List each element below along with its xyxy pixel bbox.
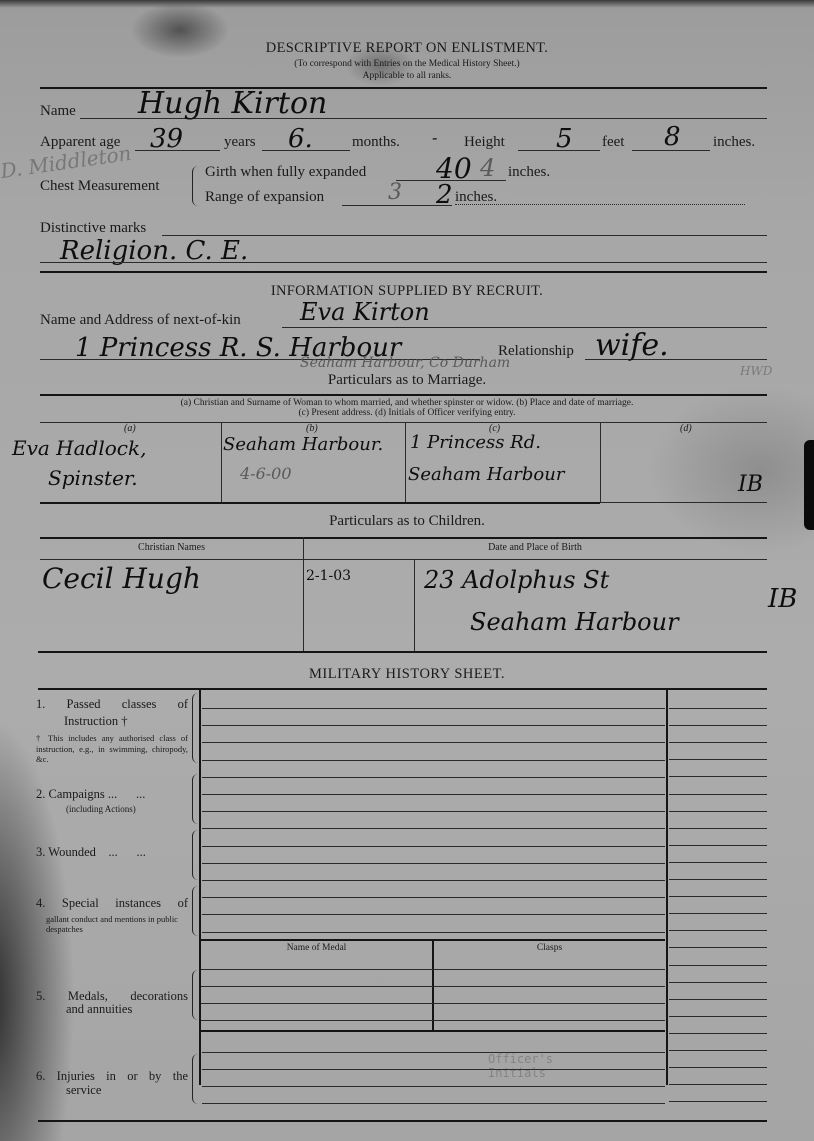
child-birth-place-1: 23 Adolphus St xyxy=(424,566,609,594)
medal-row-line xyxy=(201,986,665,987)
children-col-birth: Date and Place of Birth xyxy=(303,542,767,553)
girth-label: Girth when fully expanded xyxy=(205,164,366,181)
child-birth-date: 2-1-03 xyxy=(306,568,351,584)
ruled-line xyxy=(669,776,767,777)
dash-mark: - xyxy=(432,128,437,147)
medal-row-line xyxy=(201,1020,665,1021)
marriage-col-b: (b) xyxy=(306,423,318,434)
marriage-table-bottom xyxy=(600,502,767,503)
ruled-line xyxy=(202,932,665,933)
scan-shadow xyxy=(0,0,814,8)
brace xyxy=(192,886,198,936)
marriage-col-divider xyxy=(221,422,222,502)
mh-section-4-label: 4. Special instances of xyxy=(36,896,188,911)
ruled-line xyxy=(669,1016,767,1017)
marriage-col-divider xyxy=(600,422,601,502)
ruled-line xyxy=(669,947,767,948)
ruled-line xyxy=(669,1033,767,1034)
height-feet-value: 5 xyxy=(556,124,573,154)
officer-initials: IB xyxy=(738,472,763,497)
children-table-top xyxy=(40,537,767,539)
medal-row-line xyxy=(201,969,665,970)
ruled-line xyxy=(202,777,665,778)
marriage-wife-name: Eva Hadlock, xyxy=(12,436,146,460)
ruled-line xyxy=(669,845,767,846)
ruled-line xyxy=(669,999,767,1000)
medal-row-line xyxy=(201,1003,665,1004)
ruled-line xyxy=(669,794,767,795)
ruled-line xyxy=(669,811,767,812)
marriage-date: 4-6-00 xyxy=(240,464,292,483)
divider xyxy=(40,394,767,396)
faint-stamp: Officer's Initials xyxy=(488,1052,568,1080)
ruled-line xyxy=(202,863,665,864)
divider xyxy=(38,688,767,690)
mh-section-4-note: gallant conduct and mentions in public d… xyxy=(46,914,188,934)
ruled-line xyxy=(202,846,665,847)
children-col-divider xyxy=(414,559,415,651)
distinctive-line-1 xyxy=(162,235,767,236)
height-inches-value: 8 xyxy=(664,122,681,152)
ruled-line xyxy=(202,1086,665,1087)
ruled-line xyxy=(202,914,665,915)
mh-section-1-note: † This includes any authorised class of … xyxy=(36,733,188,765)
ruled-line xyxy=(669,708,767,709)
brace xyxy=(192,830,198,880)
children-table-bottom xyxy=(38,651,767,653)
ruled-line xyxy=(669,913,767,914)
brace xyxy=(192,1054,198,1104)
mh-right-border xyxy=(666,690,668,1085)
age-years-value: 39 xyxy=(150,124,183,154)
next-of-kin-name: Eva Kirton xyxy=(300,298,430,326)
height-label: Height xyxy=(464,134,505,151)
mh-section-5-label2: and annuities xyxy=(66,1002,132,1017)
ruled-line xyxy=(669,1084,767,1085)
ruled-line xyxy=(669,930,767,931)
distinctive-line-2 xyxy=(40,262,767,263)
marriage-table-top xyxy=(40,422,767,423)
children-header-line xyxy=(40,559,767,560)
ruled-line xyxy=(669,725,767,726)
ruled-line xyxy=(202,1069,665,1070)
marriage-note-2: (c) Present address. (d) Initials of Off… xyxy=(0,408,814,418)
inches-label: inches. xyxy=(713,134,755,151)
present-address-line2: Seaham Harbour xyxy=(408,464,564,485)
marriage-wife-status: Spinster. xyxy=(48,466,138,490)
girth-overwrite: 4 xyxy=(480,154,495,182)
ruled-line xyxy=(669,896,767,897)
mh-section-6-label: 6. Injuries in or by the xyxy=(36,1069,188,1084)
form-title: DESCRIPTIVE REPORT ON ENLISTMENT. xyxy=(0,40,814,57)
marriage-table-bottom xyxy=(40,502,600,504)
brace xyxy=(192,693,198,763)
ruled-line xyxy=(202,1103,665,1104)
ruled-line xyxy=(669,982,767,983)
name-value: Hugh Kirton xyxy=(138,86,327,121)
ruled-line xyxy=(202,725,665,726)
mh-section-2-label: 2. Campaigns ... ... xyxy=(36,787,188,802)
mh-section-1-label: 1. Passed classes of xyxy=(36,697,188,712)
next-of-kin-line xyxy=(282,327,767,328)
medal-table-bottom xyxy=(201,1030,665,1032)
marriage-note-1: (a) Christian and Surname of Woman to wh… xyxy=(0,398,814,408)
child-birth-place-2: Seaham Harbour xyxy=(470,608,679,636)
brace xyxy=(192,970,198,1020)
child-name: Cecil Hugh xyxy=(42,562,201,595)
marriage-place: Seaham Harbour. xyxy=(223,434,383,455)
divider xyxy=(40,271,767,273)
mh-section-2-note: (including Actions) xyxy=(66,804,136,814)
ruled-line xyxy=(669,759,767,760)
ruled-line xyxy=(202,708,665,709)
mh-section-6-label2: service xyxy=(66,1083,101,1098)
ruled-line xyxy=(202,897,665,898)
ruled-line xyxy=(202,828,665,829)
girth-inches-label: inches. xyxy=(508,164,550,181)
age-months-value: 6. xyxy=(288,124,313,154)
range-label: Range of expansion xyxy=(205,189,324,206)
ruled-line xyxy=(202,880,665,881)
ruled-line xyxy=(202,742,665,743)
medal-col-clasps: Clasps xyxy=(434,943,665,953)
ruled-line xyxy=(202,1052,665,1053)
ruled-line xyxy=(669,862,767,863)
ruled-line xyxy=(202,794,665,795)
children-col-names: Christian Names xyxy=(40,542,303,553)
address-annotation: Seaham Harbour, Co Durham xyxy=(300,355,510,371)
children-title: Particulars as to Children. xyxy=(0,513,814,530)
military-history-title: MILITARY HISTORY SHEET. xyxy=(0,666,814,683)
marriage-col-a: (a) xyxy=(124,423,136,434)
brace xyxy=(192,774,198,824)
medal-col-name: Name of Medal xyxy=(201,943,432,953)
range-value: 2 xyxy=(436,180,453,210)
name-label: Name xyxy=(40,103,76,120)
relationship-value: wife. xyxy=(595,328,669,363)
ruled-line xyxy=(202,760,665,761)
chest-brace xyxy=(192,166,198,206)
ruled-line xyxy=(669,1067,767,1068)
document-page: DESCRIPTIVE REPORT ON ENLISTMENT. (To co… xyxy=(0,0,814,1141)
ruled-line xyxy=(669,828,767,829)
next-of-kin-label: Name and Address of next-of-kin xyxy=(40,312,241,329)
chest-measurement-label: Chest Measurement xyxy=(40,178,160,195)
marriage-title: Particulars as to Marriage. xyxy=(0,372,814,389)
marriage-col-d: (d) xyxy=(680,423,692,434)
form-bottom-border xyxy=(38,1120,767,1122)
months-label: months. xyxy=(352,134,400,151)
form-subtitle-applicable: Applicable to all ranks. xyxy=(0,71,814,81)
ruled-line xyxy=(669,742,767,743)
feet-label: feet xyxy=(602,134,624,151)
marriage-col-divider xyxy=(405,422,406,502)
ruled-line xyxy=(669,965,767,966)
range-faint: 3 xyxy=(388,180,402,205)
range-dotted-line xyxy=(455,204,745,205)
ruled-line xyxy=(669,1050,767,1051)
distinctive-marks-label: Distinctive marks xyxy=(40,220,146,237)
ruled-line xyxy=(669,879,767,880)
children-col-divider xyxy=(303,537,304,651)
form-subtitle: (To correspond with Entries on the Medic… xyxy=(0,59,814,69)
mh-left-border xyxy=(199,690,201,1085)
present-address-line1: 1 Princess Rd. xyxy=(410,432,541,453)
ruled-line xyxy=(669,1101,767,1102)
children-verify-initials: IB xyxy=(768,584,797,614)
ruled-line xyxy=(202,811,665,812)
mh-section-1-label2: Instruction † xyxy=(64,714,128,729)
years-label: years xyxy=(224,134,256,151)
mh-section-3-label: 3. Wounded ... ... xyxy=(36,845,188,860)
